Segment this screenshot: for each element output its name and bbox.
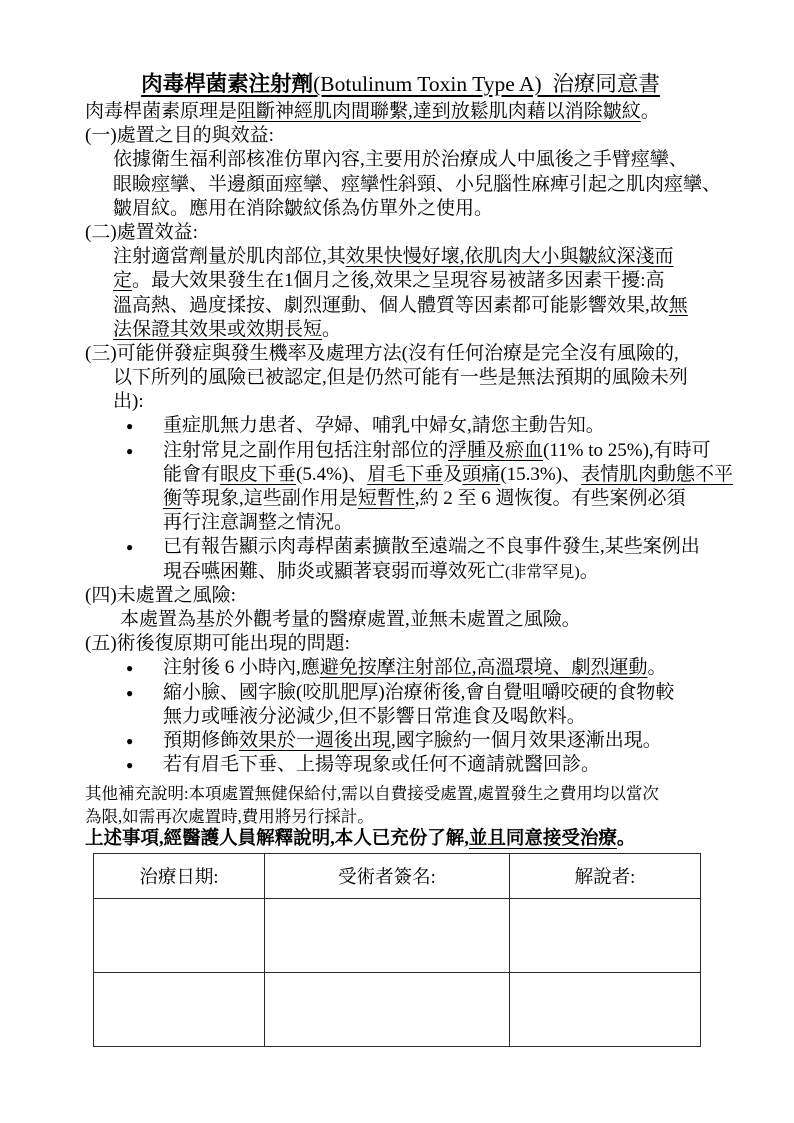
text-segment: 。	[641, 101, 660, 122]
section-2-heading: (二)處置效益:	[85, 221, 716, 245]
document-content: 肉毒桿菌素注射劑(Botulinum Toxin Type A) 治療同意書肉毒…	[0, 0, 794, 1047]
text-segment: 溫高熱、過度揉按、劇烈運動、個人體質等因素都可能影響效果,故	[113, 295, 669, 316]
text-segment: 以下所列的風險已被認定,但是仍然可能有一些是無法預期的風險未列	[113, 367, 688, 388]
text-segment: 縮小臉、國字臉(咬肌肥厚)治療術後,會自覺咀嚼咬硬的食物較	[163, 682, 674, 703]
text-segment: 效果於一週後出現	[239, 730, 391, 751]
text-segment: 頭痛	[462, 464, 500, 485]
text-segment: 已有報告顯示肉毒桿菌素擴散至遠端之不良事件發生,某些案例出	[163, 536, 700, 557]
text-segment: (五)術後復原期可能出現的問題:	[85, 633, 350, 654]
text-segment: (5.4%)、	[296, 464, 367, 485]
section-5-heading: (五)術後復原期可能出現的問題:	[85, 632, 716, 656]
patient-signature-header: 受術者簽名:	[265, 854, 510, 899]
form-title: 肉毒桿菌素注射劑(Botulinum Toxin Type A) 治療同意書	[85, 72, 716, 96]
text-segment: ,約 2 至 6 週恢復。有些案例必須	[415, 488, 686, 509]
text-segment: (一)處置之目的與效益:	[85, 125, 274, 146]
form-title-text: 肉毒桿菌素注射劑	[141, 72, 313, 96]
bullet-icon: ●	[126, 414, 133, 438]
text-segment: 浮腫及瘀血	[448, 440, 543, 461]
text-segment: 皺眉紋。應用在消除皺紋係為仿單外之使用。	[113, 198, 493, 219]
text-segment: 。	[617, 829, 636, 849]
text-segment: (二)處置效益:	[85, 222, 198, 243]
signature-table-header-row: 治療日期:受術者簽名:解說者:	[94, 854, 701, 899]
signature-table-row	[94, 973, 701, 1047]
explainer-header: 解說者:	[510, 854, 701, 899]
text-segment: (15.3%)、	[500, 464, 581, 485]
text-segment: 。最大效果發生在1個月之後,效果之呈現容易被諸多因素干擾:高	[132, 270, 665, 291]
text-segment: 肉毒桿菌素原理是	[85, 101, 237, 122]
text-segment: (非常罕見)	[505, 564, 580, 581]
text-segment: 。	[580, 561, 599, 582]
risk-bullet-2: ●注射常見之副作用包括注射部位的浮腫及瘀血(11% to 25%),有時可	[85, 439, 716, 463]
section-1-body-line: 依據衛生福利部核准仿單內容,主要用於治療成人中風後之手臂痙攣、	[85, 148, 716, 172]
section-4-body-line: 本處置為基於外觀考量的醫療處置,並無未處置之風險。	[85, 608, 716, 632]
text-segment: 阻斷神經肌肉間聯繫,達到放鬆肌肉藉以消除皺紋	[237, 101, 641, 122]
text-segment: 重症肌無力患者、孕婦、哺乳中婦女,請您主動告知。	[163, 415, 605, 436]
text-segment: 短暫性	[358, 488, 415, 509]
text-segment: 其他補充說明:本項處置無健保給付,需以自費接受處置,處置發生之費用均以當次	[85, 784, 659, 803]
text-segment: 現吞嚥困難、肺炎或顯著衰弱而導效死亡	[163, 561, 505, 582]
signature-table-empty-cell	[265, 973, 510, 1047]
risk-bullet-1: ●重症肌無力患者、孕婦、哺乳中婦女,請您主動告知。	[85, 414, 716, 438]
aftercare-bullet-2: ●縮小臉、國字臉(咬肌肥厚)治療術後,會自覺咀嚼咬硬的食物較	[85, 681, 716, 705]
signature-table-empty-cell	[265, 899, 510, 973]
consent-statement: 上述事項,經醫護人員解釋說明,本人已充份了解,並且同意接受治療。	[85, 828, 716, 850]
text-segment: 依據衛生福利部核准仿單內容,主要用於治療成人中風後之手臂痙攣、	[113, 149, 688, 170]
text-segment: 眼瞼痙攣、半邊顏面痙攣、痙攣性斜頸、小兒腦性麻痺引起之肌肉痙攣、	[113, 174, 721, 195]
section-3-heading-line: 以下所列的風險已被認定,但是仍然可能有一些是無法預期的風險未列	[85, 366, 716, 390]
risk-bullet-2-cont: 衡等現象,這些副作用是短暫性,約 2 至 6 週恢復。有些案例必須	[85, 487, 716, 511]
risk-bullet-2-cont: 再行注意調整之情況。	[85, 511, 716, 535]
text-segment: 效果快慢好壞,依肌肉大小與皺紋深淺而	[346, 246, 674, 267]
text-segment: 能會有	[163, 464, 220, 485]
text-segment: 無力或唾液分泌減少,但不影響日常進食及喝飲料。	[163, 706, 586, 727]
text-segment: 等現象,這些副作用是	[182, 488, 358, 509]
text-segment: 衡	[163, 488, 182, 509]
section-2-body-line: 定。最大效果發生在1個月之後,效果之呈現容易被諸多因素干擾:高	[85, 269, 716, 293]
aftercare-bullet-4: ●若有眉毛下垂、上揚等現象或任何不適請就醫回診。	[85, 753, 716, 777]
supplement-note-line: 為限,如需再次處置時,費用將另行採計。	[85, 805, 716, 828]
intro-line: 肉毒桿菌素原理是阻斷神經肌肉間聯繫,達到放鬆肌肉藉以消除皺紋。	[85, 100, 716, 124]
aftercare-bullet-2-cont: 無力或唾液分泌減少,但不影響日常進食及喝飲料。	[85, 705, 716, 729]
text-segment: 。	[322, 319, 341, 340]
signature-table-empty-cell	[94, 899, 265, 973]
signature-table-empty-cell	[510, 899, 701, 973]
supplement-note-line: 其他補充說明:本項處置無健保給付,需以自費接受處置,處置發生之費用均以當次	[85, 782, 716, 805]
text-segment: 表情肌肉動態不平	[581, 464, 733, 485]
section-3-heading: (三)可能併發症與發生機率及處理方法(沒有任何治療是完全沒有風險的,	[85, 342, 716, 366]
form-title-text: (Botulinum Toxin Type A) 治療同意書	[313, 72, 660, 96]
text-segment: 眉毛下垂	[367, 464, 443, 485]
text-segment: 眼皮下垂	[220, 464, 296, 485]
text-segment: ,國字臉約一個月效果逐漸出現。	[391, 730, 662, 751]
section-2-body-line: 法保證其效果或效期長短。	[85, 318, 716, 342]
consent-form-page: 肉毒桿菌素注射劑(Botulinum Toxin Type A) 治療同意書肉毒…	[0, 0, 794, 1123]
signature-table: 治療日期:受術者簽名:解說者:	[93, 853, 701, 1047]
text-segment: 法保證其效果或效期長短	[113, 319, 322, 340]
text-segment: 為限,如需再次處置時,費用將另行採計。	[85, 807, 374, 826]
aftercare-bullet-3: ●預期修飾效果於一週後出現,國字臉約一個月效果逐漸出現。	[85, 729, 716, 753]
signature-table-empty-cell	[510, 973, 701, 1047]
text-segment: (四)未處置之風險:	[85, 585, 236, 606]
text-segment: 。	[648, 657, 667, 678]
bullet-icon: ●	[126, 439, 133, 463]
aftercare-bullet-1: ●注射後 6 小時內,應避免按摩注射部位,高溫環境、劇烈運動。	[85, 656, 716, 680]
section-1-body-line: 眼瞼痙攣、半邊顏面痙攣、痙攣性斜頸、小兒腦性麻痺引起之肌肉痙攣、	[85, 173, 716, 197]
section-2-body-line: 溫高熱、過度揉按、劇烈運動、個人體質等因素都可能影響效果,故無	[85, 294, 716, 318]
text-segment: 出):	[113, 391, 144, 412]
text-segment: (三)可能併發症與發生機率及處理方法(沒有任何治療是完全沒有風險的,	[85, 343, 679, 364]
section-1-heading: (一)處置之目的與效益:	[85, 124, 716, 148]
text-segment: 及	[443, 464, 462, 485]
text-segment: 注射常見之副作用包括注射部位的	[163, 440, 448, 461]
text-segment: 避免按摩注射部位,高溫環境、劇烈運動	[320, 657, 648, 678]
text-segment: 本處置為基於外觀考量的醫療處置,並無未處置之風險。	[120, 609, 581, 630]
bullet-icon: ●	[126, 656, 133, 680]
text-segment: 注射適當劑量於肌肉部位,其	[113, 246, 346, 267]
text-segment: (11% to 25%),有時可	[543, 440, 711, 461]
section-1-body-line: 皺眉紋。應用在消除皺紋係為仿單外之使用。	[85, 197, 716, 221]
risk-bullet-3: ●已有報告顯示肉毒桿菌素擴散至遠端之不良事件發生,某些案例出	[85, 535, 716, 559]
risk-bullet-2-cont: 能會有眼皮下垂(5.4%)、眉毛下垂及頭痛(15.3%)、表情肌肉動態不平	[85, 463, 716, 487]
bullet-icon: ●	[126, 729, 133, 753]
treatment-date-header: 治療日期:	[94, 854, 265, 899]
text-segment: 無	[669, 295, 688, 316]
text-segment: 注射後 6 小時內,應	[163, 657, 320, 678]
text-segment: 並且同意接受治療	[469, 829, 617, 849]
signature-table-empty-cell	[94, 973, 265, 1047]
section-3-heading-line: 出):	[85, 390, 716, 414]
text-segment: 定	[113, 270, 132, 291]
bullet-icon: ●	[126, 681, 133, 705]
bullet-icon: ●	[126, 753, 133, 777]
section-2-body-line: 注射適當劑量於肌肉部位,其效果快慢好壞,依肌肉大小與皺紋深淺而	[85, 245, 716, 269]
text-segment: 再行注意調整之情況。	[163, 512, 353, 533]
text-segment: 上述事項,經醫護人員解釋說明,本人已充份了解,	[85, 829, 469, 849]
risk-bullet-3-cont: 現吞嚥困難、肺炎或顯著衰弱而導效死亡(非常罕見)。	[85, 560, 716, 584]
signature-table-row	[94, 899, 701, 973]
section-4-heading: (四)未處置之風險:	[85, 584, 716, 608]
bullet-icon: ●	[126, 535, 133, 559]
text-segment: 預期修飾	[163, 730, 239, 751]
text-segment: 若有眉毛下垂、上揚等現象或任何不適請就醫回診。	[163, 754, 600, 775]
